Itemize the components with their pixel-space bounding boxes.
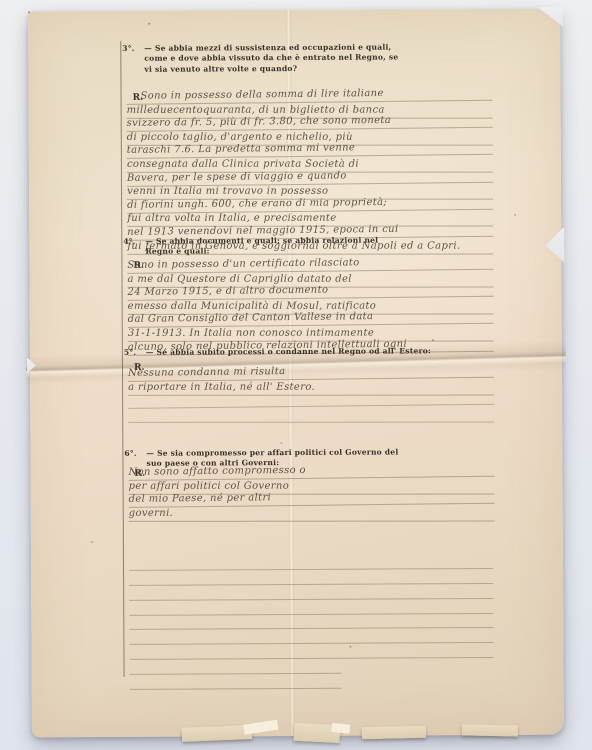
torn-paper-tab (462, 724, 518, 736)
empty-rule-line (128, 391, 494, 409)
torn-edge-top-right (537, 7, 563, 27)
handwritten-answer-5: Nessuna condanna mi risultaa riportare i… (128, 366, 494, 422)
empty-rule-line (130, 674, 342, 690)
question-5-block: 5°. — Se abbia subìto processi o condann… (125, 346, 465, 358)
question-5-number: 5°. (124, 348, 136, 358)
torn-fiber-highlight (331, 723, 350, 734)
blank-ruled-lines (129, 554, 494, 690)
question-5-text: — Se abbia subìto processi o condanne ne… (125, 346, 465, 358)
empty-rule-line (128, 408, 494, 422)
torn-fiber-highlight (243, 720, 278, 735)
torn-paper-tab (182, 725, 253, 742)
torn-paper-tab (362, 726, 426, 739)
empty-rule-line (129, 643, 493, 660)
handwritten-line: Non sono affatto compromesso o (128, 463, 494, 481)
handwritten-answer-6: Non sono affatto compromesso oper affari… (128, 465, 494, 521)
handwritten-line: Sono in possesso d'un certificato rilasc… (127, 256, 493, 274)
question-4-text: — Se abbia documenti e quali; se abbia r… (124, 235, 402, 257)
handwritten-line: 24 Marzo 1915, e di altro documento (127, 283, 493, 301)
handwritten-line: del mio Paese, né per altri (129, 490, 495, 508)
question-3-text: — Se abbia mezzi di sussistenza ed occup… (123, 42, 401, 74)
question-6-number: 6°. (124, 449, 136, 459)
handwritten-answer-3: Sono in possesso della somma di lire ita… (127, 89, 494, 254)
question-4-block: 4°. — Se abbia documenti e quali; se abb… (124, 235, 402, 257)
torn-edge-notch-right (544, 227, 564, 263)
handwritten-line: Sono in possesso della somma di lire ita… (126, 87, 492, 105)
handwritten-line: governi. (129, 507, 495, 521)
question-3-block: 3°. — Se abbia mezzi di sussistenza ed o… (123, 42, 401, 74)
empty-rule-line (130, 659, 342, 675)
paper-specks (28, 11, 30, 13)
question-4-number: 4°. (123, 237, 135, 247)
handwritten-answer-4: Sono in possesso d'un certificato rilasc… (127, 258, 493, 355)
handwritten-line: Nessuna condanna mi risulta (128, 364, 494, 382)
handwritten-line: taraschi 7.6. La predetta somma mi venne (127, 141, 493, 159)
question-3-number: 3°. (122, 44, 134, 54)
handwritten-line: dal Gran Consiglio del Canton Vallese in… (128, 310, 494, 328)
handwritten-line: svizzero da fr. 5, più di fr. 3.80, che … (127, 114, 493, 132)
document-page: 3°. — Se abbia mezzi di sussistenza ed o… (28, 9, 564, 738)
